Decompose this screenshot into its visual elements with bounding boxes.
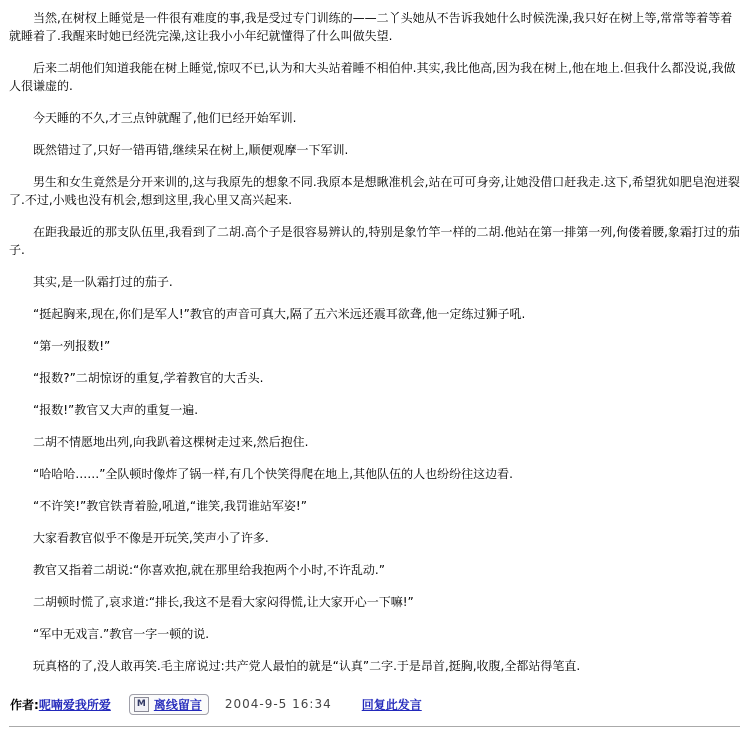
reply-link[interactable]: 回复此发言 [362, 696, 422, 713]
post-body: 当然,在树杈上睡觉是一件很有难度的事,我是受过专门训练的——二丫头她从不告诉我她… [0, 0, 749, 675]
paragraph: “不许笑!”教官铁青着脸,吼道,“谁笑,我罚谁站军姿!” [9, 497, 740, 515]
paragraph: “哈哈哈……”全队顿时像炸了锅一样,有几个快笑得爬在地上,其他队伍的人也纷纷往这… [9, 465, 740, 483]
offline-message-label: 离线留言 [154, 696, 202, 713]
paragraph: 二胡顿时慌了,哀求道:“排长,我这不是看大家闷得慌,让大家开心一下嘛!” [9, 593, 740, 611]
paragraph: 其实,是一队霜打过的茄子. [9, 273, 740, 291]
paragraph: 男生和女生竟然是分开来训的,这与我原先的想象不同.我原本是想瞅准机会,站在可可身… [9, 173, 740, 209]
paragraph: 教官又指着二胡说:“你喜欢抱,就在那里给我抱两个小时,不许乱动.” [9, 561, 740, 579]
post-footer: 作者: 呢喃爱我所爱 M 离线留言 2004-9-5 16:34 回复此发言 [0, 689, 749, 715]
paragraph: 后来二胡他们知道我能在树上睡觉,惊叹不已,认为和大头站着睡不相伯仲.其实,我比他… [9, 59, 740, 95]
messenger-icon: M [134, 697, 149, 712]
paragraph: 大家看教官似乎不像是开玩笑,笑声小了许多. [9, 529, 740, 547]
paragraph: “第一列报数!” [9, 337, 740, 355]
bottom-divider [9, 726, 740, 727]
paragraph: 玩真格的了,没人敢再笑.毛主席说过:共产党人最怕的就是“认真”二字.于是昂首,挺… [9, 657, 740, 675]
paragraph: 二胡不情愿地出列,向我趴着这棵树走过来,然后抱住. [9, 433, 740, 451]
post-timestamp: 2004-9-5 16:34 [225, 697, 332, 711]
paragraph: 既然错过了,只好一错再错,继续呆在树上,顺便观摩一下军训. [9, 141, 740, 159]
offline-message-button[interactable]: M 离线留言 [129, 694, 209, 715]
paragraph: 在距我最近的那支队伍里,我看到了二胡.高个子是很容易辨认的,特别是象竹竿一样的二… [9, 223, 740, 259]
paragraph: “挺起胸来,现在,你们是军人!”教官的声音可真大,隔了五六米远还震耳欲聋,他一定… [9, 305, 740, 323]
paragraph: “报数?”二胡惊讶的重复,学着教官的大舌头. [9, 369, 740, 387]
author-link[interactable]: 呢喃爱我所爱 [39, 696, 111, 713]
paragraph: “报数!”教官又大声的重复一遍. [9, 401, 740, 419]
author-label: 作者: [10, 696, 39, 713]
paragraph: “军中无戏言.”教官一字一顿的说. [9, 625, 740, 643]
paragraph: 今天睡的不久,才三点钟就醒了,他们已经开始军训. [9, 109, 740, 127]
paragraph: 当然,在树杈上睡觉是一件很有难度的事,我是受过专门训练的——二丫头她从不告诉我她… [9, 9, 740, 45]
